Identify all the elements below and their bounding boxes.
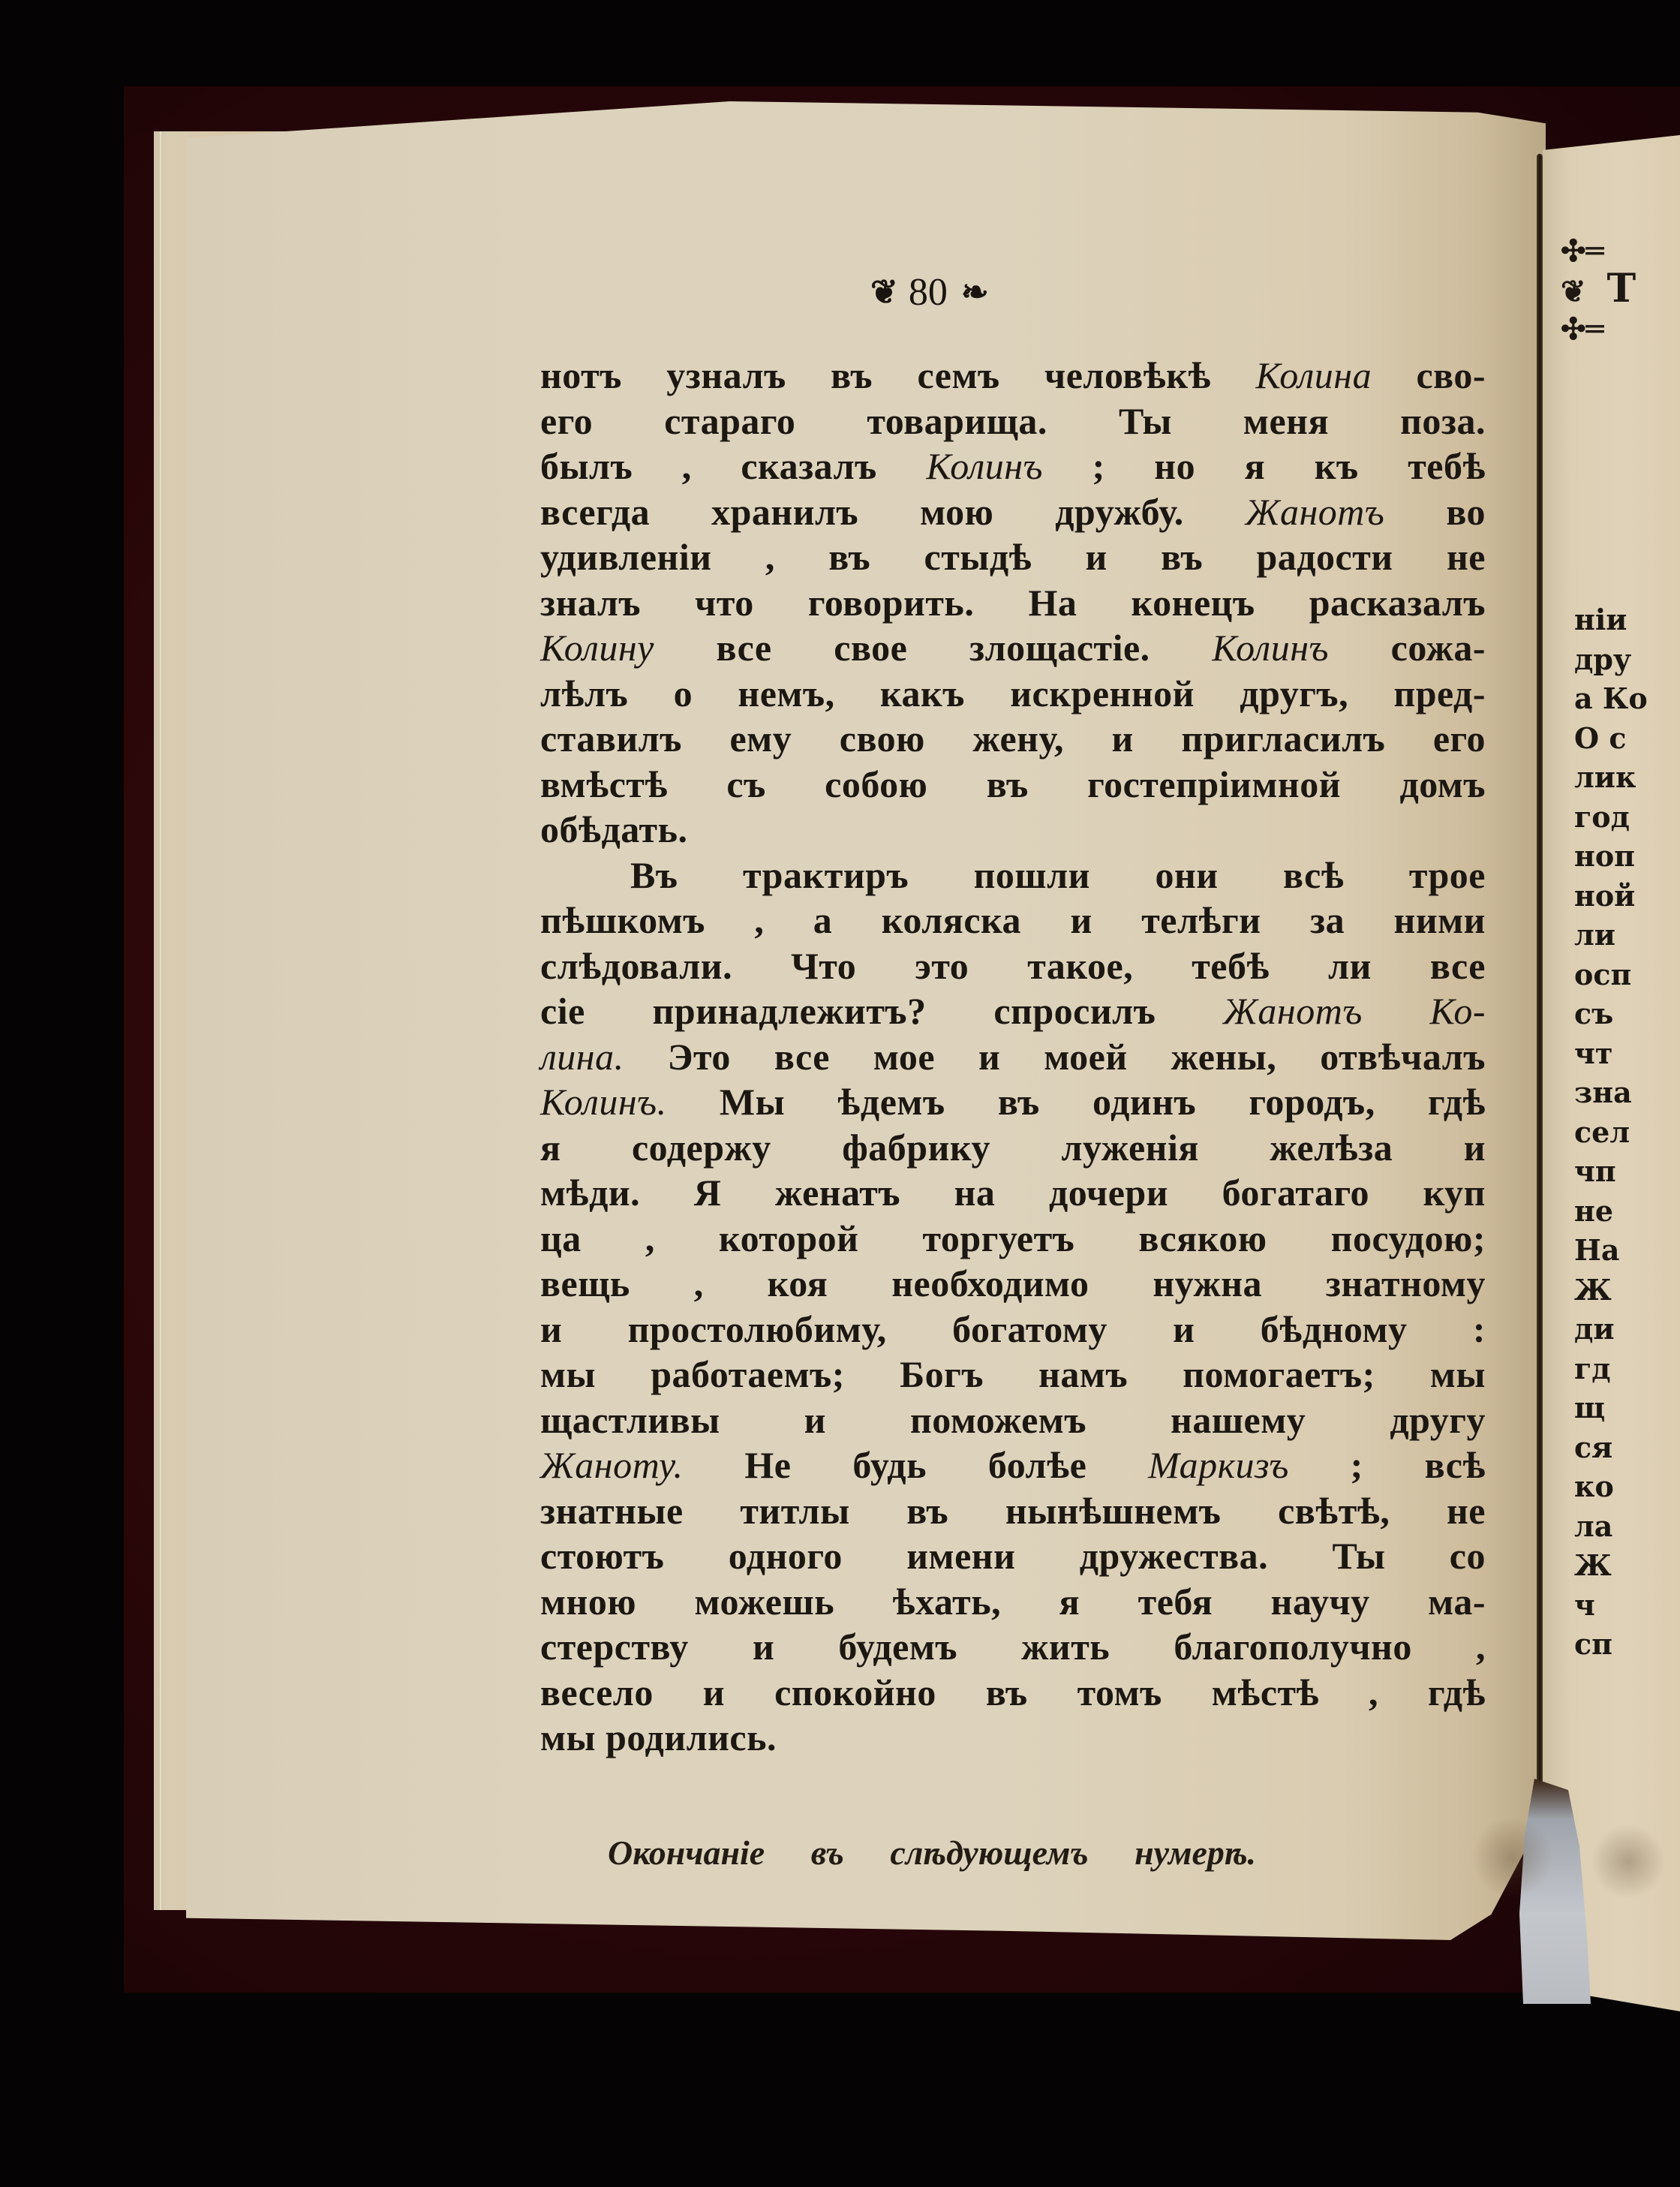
- text-fragment: О с: [1574, 719, 1680, 759]
- text-fragment: ли: [1574, 916, 1680, 955]
- header-initial-row: ❦ Т: [1561, 270, 1636, 311]
- text-fragment: щ: [1574, 1388, 1680, 1428]
- italic-name: Колинъ: [926, 445, 1043, 487]
- text-fragment: ся: [1574, 1428, 1680, 1468]
- text-segment: ; но я къ тебѣ: [1043, 445, 1486, 487]
- text-segment: во: [1384, 491, 1486, 533]
- italic-name: Колинъ: [1212, 627, 1329, 669]
- text-fragment: дру: [1574, 640, 1680, 680]
- text-line: лина. Это все мое и моей жены, отвѣчалъ: [540, 1034, 1486, 1080]
- text-fragment: зна: [1574, 1073, 1680, 1113]
- italic-name: Колина: [1255, 354, 1372, 396]
- text-fragment: Ж: [1574, 1546, 1680, 1586]
- text-fragment: ди: [1574, 1310, 1680, 1349]
- ornament-right-icon: ❧: [961, 273, 986, 311]
- text-line: нотъ узналъ въ семъ человѣкѣ Колина сво-: [540, 353, 1486, 399]
- text-segment: сво-: [1372, 354, 1486, 396]
- text-line: щастливы и поможемъ нашему другу: [540, 1397, 1486, 1443]
- text-segment: мною можешь ѣхать, я тебя научу ма-: [540, 1581, 1486, 1623]
- text-fragment: сел: [1574, 1113, 1680, 1153]
- text-line: зналъ что говорить. На конецъ расказалъ: [540, 580, 1486, 626]
- text-line: мы работаемъ; Богъ намъ помогаетъ; мы: [540, 1352, 1486, 1397]
- text-segment: Мы ѣдемъ въ одинъ городъ, гдѣ: [667, 1081, 1486, 1123]
- book-gutter: [1537, 154, 1543, 1812]
- italic-name: Маркизъ: [1148, 1444, 1289, 1486]
- right-page-text-fragments: ніидруа КоО сликгоднопнойлиоспсъчтзнасел…: [1574, 600, 1680, 1665]
- continuation-note: Окончаніе въ слѣдующемъ нумерѣ.: [608, 1833, 1433, 1873]
- text-segment: лѣлъ о немъ, какъ искренной другъ, пред-: [540, 672, 1486, 714]
- text-fragment: год: [1574, 798, 1680, 838]
- text-line: всегда хранилъ мою дружбу. Жанотъ во: [540, 489, 1486, 535]
- italic-name: лина.: [540, 1036, 624, 1078]
- text-line: весело и спокойно въ томъ мѣстѣ , гдѣ: [540, 1670, 1486, 1716]
- foxing-stain: [1591, 1824, 1666, 1899]
- running-header: ❦ 80 ❧: [870, 270, 1171, 314]
- text-segment: весело и спокойно въ томъ мѣстѣ , гдѣ: [540, 1671, 1486, 1713]
- text-segment: я содержу фабрику луженія желѣза и: [540, 1127, 1486, 1169]
- text-line: пѣшкомъ , а коляска и телѣги за ними: [540, 898, 1486, 943]
- text-segment: удивленіи , въ стыдѣ и въ радости не: [540, 536, 1486, 578]
- text-fragment: ноп: [1574, 837, 1680, 877]
- text-line: лѣлъ о немъ, какъ искренной другъ, пред-: [540, 671, 1486, 717]
- text-segment: мы родились.: [540, 1716, 777, 1758]
- italic-name: Жанотъ: [1246, 491, 1385, 533]
- text-fragment: ной: [1574, 877, 1680, 916]
- header-initial: Т: [1606, 266, 1636, 311]
- text-line: стоютъ одного имени дружества. Ты со: [540, 1533, 1486, 1579]
- text-segment: Это все мое и моей жены, отвѣчалъ: [624, 1036, 1486, 1078]
- text-fragment: сп: [1574, 1625, 1680, 1665]
- text-fragment: ко: [1574, 1467, 1680, 1507]
- italic-name: Колинъ.: [540, 1081, 667, 1123]
- text-line: обѣдать.: [540, 807, 1486, 853]
- right-page-header-ornament: ✣═ ❦ Т ✣═: [1561, 233, 1636, 348]
- flourish-icon: ❦: [1561, 274, 1586, 309]
- ornament-bottom-icon: ✣═: [1561, 311, 1636, 348]
- text-segment: ставилъ ему свою жену, и пригласилъ его: [540, 717, 1486, 760]
- text-segment: стоютъ одного имени дружества. Ты со: [540, 1535, 1486, 1577]
- text-segment: стерству и будемъ жить благополучно ,: [540, 1626, 1486, 1668]
- foxing-stain: [1471, 1816, 1553, 1899]
- text-segment: мѣди. Я женатъ на дочери богатаго куп: [540, 1172, 1486, 1214]
- text-segment: былъ , сказалъ: [540, 445, 926, 487]
- text-segment: сіе принадлежитъ? спросилъ: [540, 990, 1223, 1032]
- text-fragment: лик: [1574, 758, 1680, 798]
- text-fragment: ніи: [1574, 600, 1680, 640]
- text-segment: щастливы и поможемъ нашему другу: [540, 1399, 1486, 1441]
- text-line: вещь , коя необходимо нужна знатному: [540, 1261, 1486, 1307]
- text-segment: всегда хранилъ мою дружбу.: [540, 491, 1246, 533]
- text-line: и простолюбиму, богатому и бѣдному :: [540, 1307, 1486, 1352]
- text-segment: и простолюбиму, богатому и бѣдному :: [540, 1308, 1486, 1350]
- text-fragment: съ: [1574, 994, 1680, 1034]
- text-segment: ца , которой торгуетъ всякою посудою;: [540, 1217, 1486, 1259]
- text-line: знатные титлы въ нынѣшнемъ свѣтѣ, не: [540, 1488, 1486, 1534]
- text-fragment: не: [1574, 1192, 1680, 1232]
- text-segment: нотъ узналъ въ семъ человѣкѣ: [540, 354, 1255, 396]
- text-line: Жаноту. Не будь болѣе Маркизъ ; всѣ: [540, 1442, 1486, 1488]
- text-segment: слѣдовали. Что это такое, тебѣ ли все: [540, 945, 1486, 987]
- text-fragment: гд: [1574, 1349, 1680, 1389]
- text-fragment: ч: [1574, 1586, 1680, 1626]
- text-line: Колинъ. Мы ѣдемъ въ одинъ городъ, гдѣ: [540, 1079, 1486, 1125]
- italic-name: Жаноту.: [540, 1444, 684, 1486]
- text-line: мною можешь ѣхать, я тебя научу ма-: [540, 1579, 1486, 1625]
- text-line: Колину все свое злощастіе. Колинъ сожа-: [540, 625, 1486, 671]
- italic-name: Жанотъ Ко-: [1223, 990, 1486, 1032]
- text-segment: вмѣстѣ съ собою въ гостепріимной домъ: [540, 763, 1486, 805]
- text-segment: все свое злощастіе.: [654, 627, 1212, 669]
- text-line: ставилъ ему свою жену, и пригласилъ его: [540, 716, 1486, 762]
- ornament-top-icon: ✣═: [1561, 233, 1636, 270]
- text-segment: вещь , коя необходимо нужна знатному: [540, 1262, 1486, 1304]
- text-fragment: ла: [1574, 1507, 1680, 1547]
- text-line: мы родились.: [540, 1715, 1486, 1761]
- text-segment: сожа-: [1329, 627, 1486, 669]
- italic-name: Колину: [540, 627, 654, 669]
- text-line: былъ , сказалъ Колинъ ; но я къ тебѣ: [540, 444, 1486, 489]
- text-line: вмѣстѣ съ собою въ гостепріимной домъ: [540, 762, 1486, 808]
- text-line: сіе принадлежитъ? спросилъ Жанотъ Ко-: [540, 988, 1486, 1034]
- body-text: нотъ узналъ въ семъ человѣкѣ Колина сво-…: [540, 353, 1486, 1761]
- text-line: удивленіи , въ стыдѣ и въ радости не: [540, 534, 1486, 580]
- text-segment: Не будь болѣе: [684, 1444, 1149, 1486]
- page-number: 80: [909, 270, 948, 314]
- text-fragment: чп: [1574, 1152, 1680, 1192]
- text-line: стерству и будемъ жить благополучно ,: [540, 1624, 1486, 1670]
- text-line: мѣди. Я женатъ на дочери богатаго куп: [540, 1170, 1486, 1216]
- text-fragment: Ж: [1574, 1271, 1680, 1310]
- text-line: его стараго товарища. Ты меня поза.: [540, 399, 1486, 444]
- ornament-left-icon: ❦: [870, 273, 895, 311]
- text-segment: ; всѣ: [1289, 1444, 1486, 1486]
- text-line: я содержу фабрику луженія желѣза и: [540, 1125, 1486, 1171]
- text-line: ца , которой торгуетъ всякою посудою;: [540, 1216, 1486, 1262]
- text-segment: зналъ что говорить. На конецъ расказалъ: [540, 582, 1486, 624]
- text-fragment: осп: [1574, 955, 1680, 995]
- text-segment: его стараго товарища. Ты меня поза.: [540, 400, 1486, 442]
- text-fragment: чт: [1574, 1034, 1680, 1074]
- text-fragment: На: [1574, 1231, 1680, 1271]
- text-fragment: а Ко: [1574, 679, 1680, 719]
- text-line: слѣдовали. Что это такое, тебѣ ли все: [540, 943, 1486, 989]
- text-segment: мы работаемъ; Богъ намъ помогаетъ; мы: [540, 1353, 1486, 1395]
- text-segment: знатные титлы въ нынѣшнемъ свѣтѣ, не: [540, 1490, 1486, 1532]
- text-segment: обѣдать.: [540, 808, 688, 850]
- text-line: Въ трактиръ пошли они всѣ трое: [540, 853, 1486, 898]
- text-segment: Въ трактиръ пошли они всѣ трое: [630, 854, 1486, 896]
- text-segment: пѣшкомъ , а коляска и телѣги за ними: [540, 899, 1486, 941]
